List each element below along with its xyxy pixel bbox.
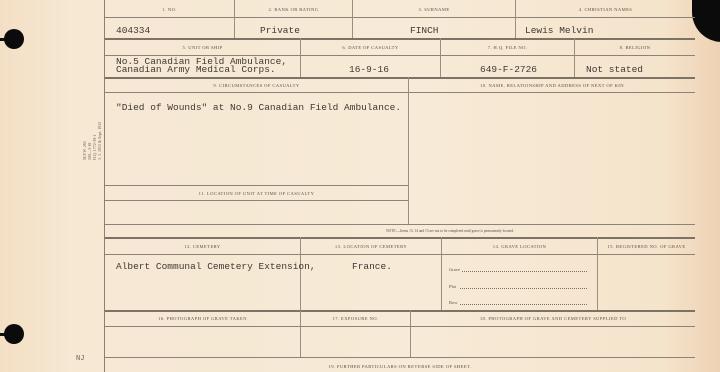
rule: [105, 357, 695, 358]
label-christian-names: 4. Christian Names: [516, 7, 695, 12]
margin-print: M.F.W. 265 500—3-18 H.Q. 1772-39-1 1. 1.…: [82, 122, 102, 160]
rule: [105, 326, 695, 327]
rule: [105, 237, 695, 239]
col-rule: [440, 38, 441, 77]
value-hq-file-no: 649-F-2726: [480, 65, 537, 75]
clipped-corner: [692, 0, 720, 42]
value-no: 404334: [116, 26, 150, 36]
value-rank: Private: [260, 26, 300, 36]
rule: [105, 200, 408, 201]
label-cemetery: 12. Cemetery: [105, 244, 300, 249]
rule: [105, 185, 408, 186]
rule: [105, 38, 695, 40]
label-hq-file-no: 7. H.Q. File No.: [441, 45, 574, 50]
label-location-of-cemetery: 13. Location of Cemetery: [301, 244, 441, 249]
label-circumstances: 9. Circumstances of Casualty: [105, 83, 408, 88]
value-religion: Not stated: [586, 65, 643, 75]
note-text: NOTE:—Items 13, 14 and 15 are not to be …: [300, 229, 600, 233]
label-location-of-unit: 11. Location of Unit at Time of Casualty: [105, 191, 408, 196]
label-surname: 3. Surname: [353, 7, 515, 12]
rule: [105, 17, 695, 18]
value-unit-line2: Canadian Army Medical Corps.: [116, 65, 276, 75]
rule: [105, 92, 695, 93]
binder-hole-bottom: [4, 324, 24, 344]
col-rule: [300, 38, 301, 77]
value-circumstances: "Died of Wounds" at No.9 Canadian Field …: [116, 103, 401, 113]
label-no: 1. No.: [105, 7, 234, 12]
value-location-of-cemetery: France.: [352, 262, 392, 272]
value-date-of-casualty: 16-9-16: [349, 65, 389, 75]
col-rule: [515, 0, 516, 38]
binder-hole-top: [4, 29, 24, 49]
rule: [105, 224, 695, 225]
grave-field-line: [462, 271, 587, 272]
margin-print-line: 1. 1. 1915 & Sept. 1915: [97, 122, 102, 160]
col-rule: [234, 0, 235, 38]
col-rule: [574, 38, 575, 77]
label-exposure-no: 17. Exposure No.: [301, 316, 410, 321]
grave-field-label: Grave: [449, 267, 460, 272]
col-rule: [408, 77, 409, 224]
label-grave-location: 14. Grave Location: [442, 244, 597, 249]
label-date-of-casualty: 6. Date of Casualty: [301, 45, 440, 50]
record-card: M.F.W. 265 500—3-18 H.Q. 1772-39-1 1. 1.…: [0, 0, 720, 372]
footer-note: 19. Further particulars on reverse side …: [105, 364, 695, 369]
label-next-of-kin: 10. Name, Relationship and Address of Ne…: [409, 83, 695, 88]
label-photo-supplied: 18. Photograph of Grave and Cemetery Sup…: [411, 316, 695, 321]
label-unit: 5. Unit or Ship: [105, 45, 300, 50]
label-religion: 8. Religion: [575, 45, 695, 50]
margin-initials: NJ: [76, 354, 84, 364]
plot-field-label: Plot: [449, 284, 456, 289]
plot-field-line: [460, 288, 587, 289]
value-surname: FINCH: [410, 26, 439, 36]
rule: [105, 310, 695, 312]
rule: [105, 254, 695, 255]
row-field-line: [460, 304, 587, 305]
label-photo-taken: 16. Photograph of Grave Taken: [105, 316, 300, 321]
label-rank: 2. Rank or Rating: [235, 7, 352, 12]
row-field-label: Row: [449, 300, 458, 305]
value-christian-names: Lewis Melvin: [525, 26, 593, 36]
rule: [105, 77, 695, 79]
col-rule: [352, 0, 353, 38]
value-cemetery: Albert Communal Cemetery Extension,: [116, 262, 316, 272]
label-registered-no: 15. Registered No. of Grave: [598, 244, 695, 249]
